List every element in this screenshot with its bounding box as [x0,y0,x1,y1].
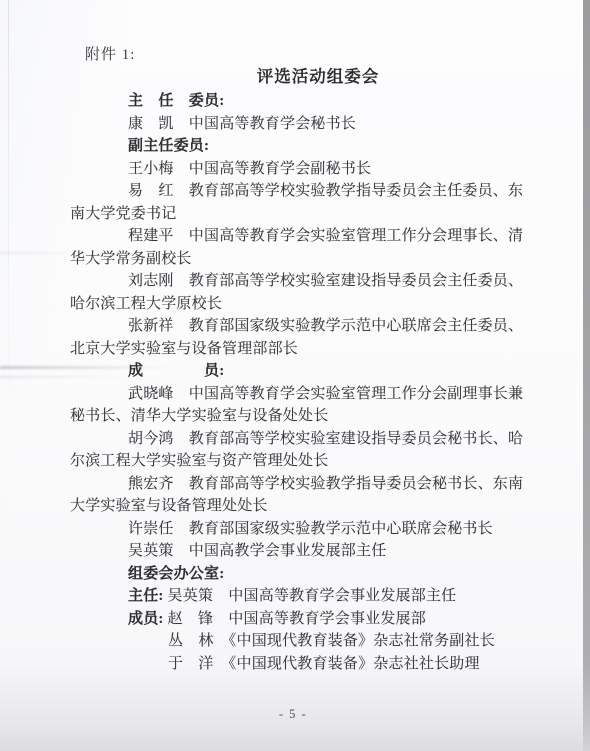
doc-line: 成员: 赵 锋 中国高等教育学会事业发展部 [70,608,530,631]
doc-line: 刘志刚 教育部高等学校实验室建设指导委员会主任委员、 [70,270,530,293]
doc-line: 易 红 教育部高等学校实验教学指导委员会主任委员、东 [70,180,530,203]
doc-line: 武晓峰 中国高等教育学会实验室管理工作分会副理事长兼 [70,383,530,406]
doc-line: 胡今鸿 教育部高等学校实验室建设指导委员会秘书长、哈 [70,428,530,451]
heading-members: 成 员: [70,360,530,383]
doc-line: 大学实验室与设备管理处处长 [70,495,530,518]
bleed-through-artifact [0,697,70,707]
office-director-label: 主任: [128,588,164,604]
doc-line: 秘书长、清华大学实验室与设备处处长 [70,405,530,428]
heading-chief-members: 主 任 委员: [70,90,530,113]
bleed-through-artifact [350,59,560,70]
doc-line: 南大学党委书记 [70,203,530,226]
office-director-value: 吴英策 中国高等教育学会事业发展部主任 [164,588,457,604]
bleed-through-artifact [272,681,577,693]
doc-line: 张新祥 教育部国家级实验教学示范中心联席会主任委员、 [70,315,530,338]
doc-line: 主任: 吴英策 中国高等教育学会事业发展部主任 [70,585,530,608]
heading-committee-office: 组委会办公室: [70,563,530,586]
doc-line: 华大学常务副校长 [70,248,530,271]
doc-line: 熊宏齐 教育部高等学校实验教学指导委员会秘书长、东南 [70,473,530,496]
attachment-label: 附件 1: [85,43,135,64]
office-members-label: 成员: [128,611,164,627]
doc-line: 哈尔滨工程大学原校长 [70,293,530,316]
doc-line: 丛 林 《中国现代教育装备》杂志社常务副社长 [70,630,530,653]
document-title: 评选活动组委会 [257,63,380,87]
office-members-value: 赵 锋 中国高等教育学会事业发展部 [164,611,426,627]
heading-vice-chief-members: 副主任委员: [70,135,530,158]
doc-line: 吴英策 中国高教学会事业发展部主任 [70,540,530,563]
page-number: - 5 - [279,707,307,722]
scanner-edge-strip [583,0,590,751]
doc-line: 尔滨工程大学实验室与资产管理处处长 [70,450,530,473]
document-body: 主 任 委员: 康 凯 中国高等教育学会秘书长 副主任委员: 王小梅 中国高等教… [70,90,530,675]
doc-line: 于 洋 《中国现代教育装备》杂志社社长助理 [70,653,530,676]
doc-line: 王小梅 中国高等教育学会副秘书长 [70,158,530,181]
scanned-document-page: 附件 1: 评选活动组委会 主 任 委员: 康 凯 中国高等教育学会秘书长 副主… [0,0,590,751]
bleed-through-artifact [300,31,572,42]
doc-line: 许崇任 教育部国家级实验教学示范中心联席会秘书长 [70,518,530,541]
doc-line: 康 凯 中国高等教育学会秘书长 [70,113,530,136]
doc-line: 北京大学实验室与设备管理部部长 [70,338,530,361]
doc-line: 程建平 中国高等教育学会实验室管理工作分会理事长、清 [70,225,530,248]
